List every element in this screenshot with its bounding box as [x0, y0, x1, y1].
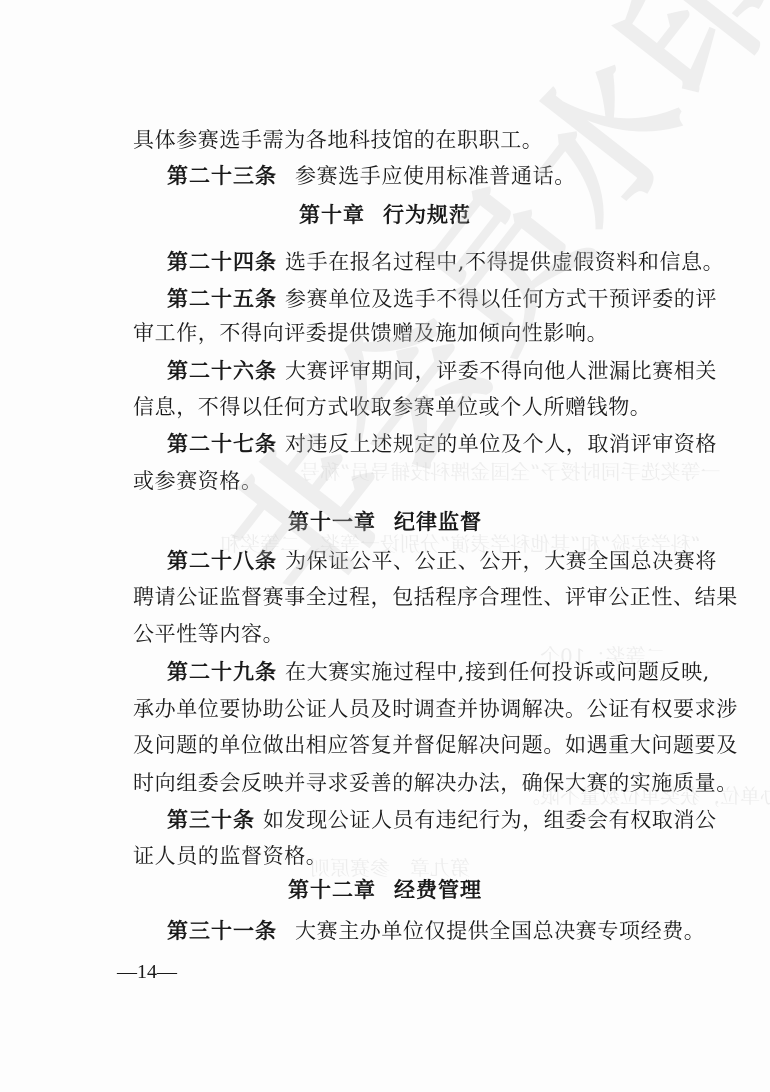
chapter-number: 第十章: [299, 203, 365, 227]
article-label: 第二十七条: [167, 432, 277, 456]
article-31: 第三十一条大赛主办单位仅提供全国总决赛专项经费。: [167, 918, 723, 944]
article-label: 第三十条: [167, 808, 255, 832]
article-text: 对违反上述规定的单位及个人，取消评审资格: [285, 432, 717, 456]
article-label: 第二十四条: [167, 250, 277, 274]
chapter-number: 第十二章: [288, 878, 376, 902]
article-28: 第二十八条为保证公平、公正、公开，大赛全国总决赛将: [167, 548, 723, 574]
article-label: 第二十六条: [167, 359, 277, 383]
article-30-cont: 证人员的监督资格。: [133, 843, 689, 869]
article-26-cont: 信息，不得以任何方式收取参赛单位或个人所赠钱物。: [133, 394, 689, 420]
article-text: 参赛单位及选手不得以任何方式干预评委的评: [285, 287, 717, 311]
article-text: 时向组委会反映并寻求妥善的解决办法，确保大赛的实施质量。: [133, 771, 738, 795]
article-29: 第二十九条在大赛实施过程中,接到任何投诉或问题反映,: [167, 659, 723, 685]
chapter-heading-12: 第十二章经费管理: [0, 877, 770, 903]
article-29-cont: 承办单位要协助公证人员及时调查并协调解决。公证有权要求涉: [133, 696, 689, 722]
article-25-cont: 审工作，不得向评委提供馈赠及施加倾向性影响。: [133, 320, 689, 346]
article-label: 第二十八条: [167, 549, 277, 573]
chapter-title: 经费管理: [394, 878, 482, 902]
article-29-cont: 及问题的单位做出相应答复并督促解决问题。如遇重大问题要及: [133, 732, 689, 758]
article-label: 第三十一条: [167, 919, 277, 943]
article-text: 承办单位要协助公证人员及时调查并协调解决。公证有权要求涉: [133, 697, 738, 721]
line-text: 具体参赛选手需为各地科技馆的在职职工。: [133, 128, 543, 152]
article-27: 第二十七条对违反上述规定的单位及个人，取消评审资格: [167, 431, 723, 457]
article-text: 大赛评审期间，评委不得向他人泄漏比赛相关: [285, 359, 717, 383]
article-30: 第三十条如发现公证人员有违纪行为，组委会有权取消公: [167, 807, 723, 833]
watermark: 非会员水印: [170, 0, 770, 633]
page-number: —14—: [117, 960, 177, 984]
article-label: 第二十三条: [167, 164, 277, 188]
article-text: 聘请公证监督赛事全过程，包括程序合理性、评审公正性、结果: [133, 585, 738, 609]
article-24: 第二十四条选手在报名过程中,不得提供虚假资料和信息。: [167, 249, 723, 275]
article-25: 第二十五条参赛单位及选手不得以任何方式干预评委的评: [167, 286, 723, 312]
chapter-title: 纪律监督: [394, 510, 482, 534]
article-26: 第二十六条大赛评审期间，评委不得向他人泄漏比赛相关: [167, 358, 723, 384]
article-text: 在大赛实施过程中,接到任何投诉或问题反映,: [285, 660, 710, 684]
article-text: 大赛主办单位仅提供全国总决赛专项经费。: [295, 919, 705, 943]
article-label: 第二十九条: [167, 660, 277, 684]
article-text: 如发现公证人员有违纪行为，组委会有权取消公: [263, 808, 717, 832]
article-28-cont: 公平性等内容。: [133, 621, 689, 647]
chapter-heading-10: 第十章行为规范: [0, 202, 770, 228]
article-text: 参赛选手应使用标准普通话。: [295, 164, 576, 188]
article-text: 或参赛资格。: [133, 469, 263, 493]
article-text: 选手在报名过程中,不得提供虚假资料和信息。: [285, 250, 724, 274]
article-text: 审工作，不得向评委提供馈赠及施加倾向性影响。: [133, 321, 608, 345]
article-label: 第二十五条: [167, 287, 277, 311]
article-29-cont: 时向组委会反映并寻求妥善的解决办法，确保大赛的实施质量。: [133, 770, 689, 796]
chapter-heading-11: 第十一章纪律监督: [0, 509, 770, 535]
chapter-number: 第十一章: [288, 510, 376, 534]
text-line: 具体参赛选手需为各地科技馆的在职职工。: [133, 127, 689, 153]
article-27-cont: 或参赛资格。: [133, 468, 689, 494]
article-text: 信息，不得以任何方式收取参赛单位或个人所赠钱物。: [133, 395, 651, 419]
article-23: 第二十三条参赛选手应使用标准普通话。: [167, 163, 723, 189]
document-page: 一等奖选手同时授予“全国金牌科技辅导员”称号 “科学实验”和“其他科学表演”分别…: [0, 0, 770, 1092]
article-text: 及问题的单位做出相应答复并督促解决问题。如遇重大问题要及: [133, 733, 738, 757]
article-text: 公平性等内容。: [133, 622, 284, 646]
article-text: 证人员的监督资格。: [133, 844, 327, 868]
article-text: 为保证公平、公正、公开，大赛全国总决赛将: [285, 549, 717, 573]
chapter-title: 行为规范: [383, 203, 471, 227]
article-28-cont: 聘请公证监督赛事全过程，包括程序合理性、评审公正性、结果: [133, 584, 689, 610]
